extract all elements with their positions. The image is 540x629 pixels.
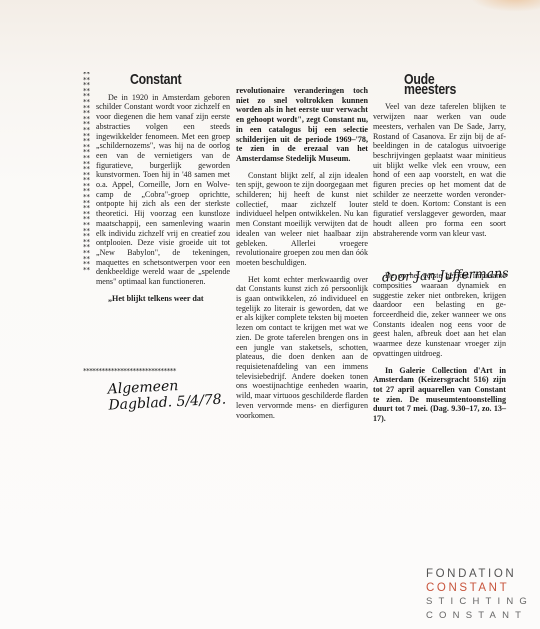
article-heading-constant: Constant	[130, 75, 212, 85]
article-paragraph-bold: revolutionaire veranderingen toch niet z…	[236, 86, 368, 164]
article-column-1: Constant De in 1920 in Amsterdam geboren…	[96, 75, 230, 310]
article-bold-lead: „Het blijkt telkens weer dat	[96, 294, 230, 304]
handwritten-source: Algemeen Dagblad. 5/4/78.	[107, 374, 248, 413]
article-paragraph: De in 1920 in Amsterdam geboren schilder…	[96, 93, 230, 287]
logo-line-constant: CONSTANT	[426, 582, 533, 596]
bold-quote-continued: revolutionaire veranderingen toch niet z…	[236, 86, 368, 163]
star-border-vertical: ****************************************…	[83, 72, 91, 370]
article-column-3: Oude meesters Veel van deze taferelen bl…	[373, 75, 506, 431]
fondation-constant-logo: FONDATION CONSTANT STICHTING CONSTANT	[426, 568, 533, 622]
logo-line-fondation: FONDATION	[426, 568, 533, 582]
newspaper-clipping: ****************************************…	[0, 0, 540, 629]
article-heading-oude-meesters: Oude meesters	[404, 75, 488, 94]
logo-line-stichting: STICHTING	[426, 595, 533, 609]
exhibition-note: In Galerie Collection d'Art in Amsterdam…	[373, 366, 506, 424]
exhibition-note-text: In Galerie Collection d'Art in Amsterdam…	[373, 366, 506, 424]
star-border-horizontal: ******************************	[83, 367, 235, 375]
logo-line-constant-2: CONSTANT	[426, 609, 533, 623]
bold-quote: „Het blijkt telkens weer dat	[108, 294, 204, 303]
article-paragraph: Het komt echter merkwaar­dig over dat Co…	[236, 275, 368, 421]
article-column-2: revolutionaire veranderingen toch niet z…	[236, 86, 368, 427]
article-paragraph: Veel van deze taferelen blij­ken te verw…	[373, 102, 506, 238]
article-paragraph: Constant blijkt zelf, al zijn idealen te…	[236, 171, 368, 268]
